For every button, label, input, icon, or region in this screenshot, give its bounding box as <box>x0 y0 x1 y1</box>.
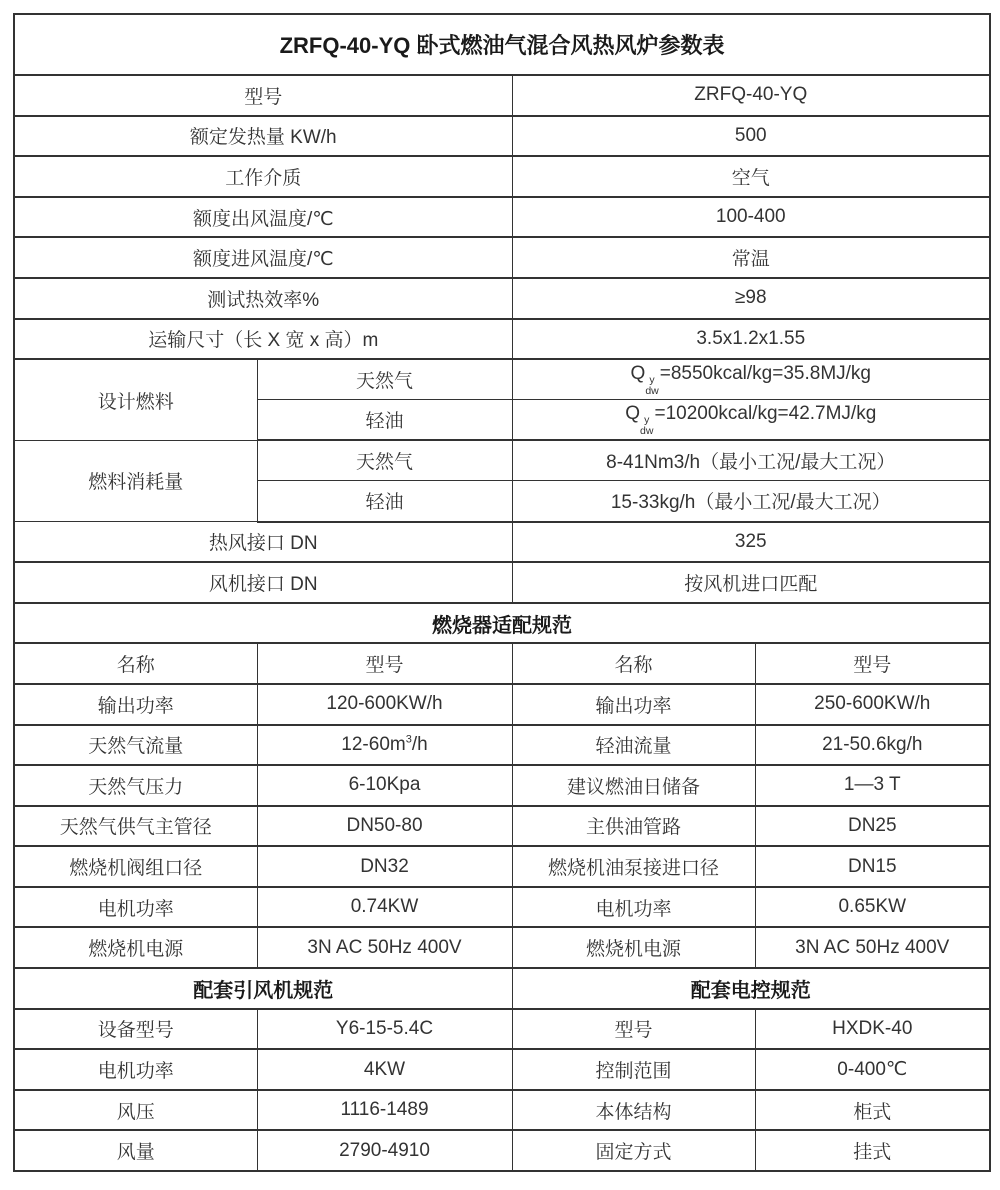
control-section-title: 配套电控规范 <box>512 968 990 1009</box>
burner-row-valve: 燃烧机阀组口径 DN32 燃烧机油泵接进口径 DN15 <box>14 846 990 887</box>
column-header: 名称 <box>14 643 257 684</box>
burner-row-flow: 天然气流量 12-60m3/h 轻油流量 21-50.6kg/h <box>14 725 990 766</box>
spec-row-efficiency: 测试热效率% ≥98 <box>14 278 990 319</box>
spec-value: ≥98 <box>512 278 990 319</box>
burner-column-header-row: 名称 型号 名称 型号 <box>14 643 990 684</box>
consumption-row-gas: 燃料消耗量 天然气 8-41Nm3/h（最小工况/最大工况） <box>14 440 990 481</box>
spec-value: 100-400 <box>512 197 990 238</box>
q-symbol: Q <box>631 363 646 384</box>
table-title: ZRFQ-40-YQ 卧式燃油气混合风热风炉参数表 <box>14 14 990 75</box>
burner-value: 12-60m3/h <box>257 725 512 766</box>
burner-value: DN15 <box>755 846 990 887</box>
burner-value: DN25 <box>755 806 990 847</box>
burner-section-header-row: 燃烧器适配规范 <box>14 603 990 644</box>
burner-value: 0.74KW <box>257 887 512 928</box>
burner-value: DN32 <box>257 846 512 887</box>
burner-name: 轻油流量 <box>512 725 755 766</box>
accessory-value: 1116-1489 <box>257 1090 512 1131</box>
spec-label: 型号 <box>14 75 512 116</box>
spec-value: ZRFQ-40-YQ <box>512 75 990 116</box>
accessory-value: 2790-4910 <box>257 1130 512 1171</box>
burner-value: 3N AC 50Hz 400V <box>755 927 990 968</box>
burner-value: 3N AC 50Hz 400V <box>257 927 512 968</box>
accessory-row-pressure: 风压 1116-1489 本体结构 柜式 <box>14 1090 990 1131</box>
spec-label: 工作介质 <box>14 156 512 197</box>
spec-row-model: 型号 ZRFQ-40-YQ <box>14 75 990 116</box>
spec-row-transport-size: 运输尺寸（长 X 宽 x 高）m 3.5x1.2x1.55 <box>14 319 990 360</box>
flow-base: 12-60m <box>341 734 405 755</box>
spec-label: 额度出风温度/℃ <box>14 197 512 238</box>
q-sub: dw <box>640 426 653 437</box>
accessory-section-header-row: 配套引风机规范 配套电控规范 <box>14 968 990 1009</box>
q-sub: dw <box>645 386 658 397</box>
consumption-value: 8-41Nm3/h（最小工况/最大工况） <box>512 440 990 481</box>
burner-name: 电机功率 <box>512 887 755 928</box>
heat-value: Qydw=10200kcal/kg=42.7MJ/kg <box>512 400 990 441</box>
burner-name: 输出功率 <box>14 684 257 725</box>
design-fuel-row-gas: 设计燃料 天然气 Qydw=8550kcal/kg=35.8MJ/kg <box>14 359 990 400</box>
burner-row-pressure: 天然气压力 6-10Kpa 建议燃油日储备 1—3 T <box>14 765 990 806</box>
spec-label: 额定发热量 KW/h <box>14 116 512 157</box>
burner-name: 建议燃油日储备 <box>512 765 755 806</box>
design-fuel-label: 设计燃料 <box>14 359 257 440</box>
burner-value: DN50-80 <box>257 806 512 847</box>
spec-label: 热风接口 DN <box>14 522 512 563</box>
burner-value: 1—3 T <box>755 765 990 806</box>
consumption-label: 燃料消耗量 <box>14 440 257 521</box>
burner-value: 120-600KW/h <box>257 684 512 725</box>
furnace-spec-table: ZRFQ-40-YQ 卧式燃油气混合风热风炉参数表 型号 ZRFQ-40-YQ … <box>13 13 991 1172</box>
spec-value: 500 <box>512 116 990 157</box>
burner-value: 21-50.6kg/h <box>755 725 990 766</box>
accessory-row-volume: 风量 2790-4910 固定方式 挂式 <box>14 1130 990 1171</box>
accessory-name: 设备型号 <box>14 1009 257 1050</box>
spec-label: 额度进风温度/℃ <box>14 237 512 278</box>
consumption-value: 15-33kg/h（最小工况/最大工况） <box>512 481 990 522</box>
spec-row-rated-heat: 额定发热量 KW/h 500 <box>14 116 990 157</box>
burner-name: 主供油管路 <box>512 806 755 847</box>
accessory-name: 控制范围 <box>512 1049 755 1090</box>
accessory-value: 柜式 <box>755 1090 990 1131</box>
q-supsub: ydw <box>640 415 653 437</box>
accessory-value: 挂式 <box>755 1130 990 1171</box>
burner-name: 燃烧机电源 <box>512 927 755 968</box>
burner-name: 天然气流量 <box>14 725 257 766</box>
burner-name: 电机功率 <box>14 887 257 928</box>
spec-value: 空气 <box>512 156 990 197</box>
spec-label: 运输尺寸（长 X 宽 x 高）m <box>14 319 512 360</box>
accessory-value: Y6-15-5.4C <box>257 1009 512 1050</box>
spec-value: 常温 <box>512 237 990 278</box>
burner-value: 250-600KW/h <box>755 684 990 725</box>
accessory-name: 风量 <box>14 1130 257 1171</box>
accessory-name: 电机功率 <box>14 1049 257 1090</box>
spec-row-hot-air-port: 热风接口 DN 325 <box>14 522 990 563</box>
heat-value: Qydw=8550kcal/kg=35.8MJ/kg <box>512 359 990 400</box>
column-header: 型号 <box>755 643 990 684</box>
accessory-value: HXDK-40 <box>755 1009 990 1050</box>
spec-row-outlet-temp: 额度出风温度/℃ 100-400 <box>14 197 990 238</box>
accessory-value: 0-400℃ <box>755 1049 990 1090</box>
fuel-type: 轻油 <box>257 481 512 522</box>
burner-row-output: 输出功率 120-600KW/h 输出功率 250-600KW/h <box>14 684 990 725</box>
fan-section-title: 配套引风机规范 <box>14 968 512 1009</box>
spec-row-medium: 工作介质 空气 <box>14 156 990 197</box>
accessory-value: 4KW <box>257 1049 512 1090</box>
flow-rest: /h <box>412 734 428 755</box>
spec-label: 测试热效率% <box>14 278 512 319</box>
accessory-name: 型号 <box>512 1009 755 1050</box>
q-symbol: Q <box>625 403 640 424</box>
q-supsub: ydw <box>645 375 658 397</box>
spec-row-inlet-temp: 额度进风温度/℃ 常温 <box>14 237 990 278</box>
burner-name: 输出功率 <box>512 684 755 725</box>
spec-value: 325 <box>512 522 990 563</box>
burner-name: 燃烧机油泵接进口径 <box>512 846 755 887</box>
spec-label: 风机接口 DN <box>14 562 512 603</box>
burner-row-main-pipe: 天然气供气主管径 DN50-80 主供油管路 DN25 <box>14 806 990 847</box>
burner-name: 天然气供气主管径 <box>14 806 257 847</box>
burner-row-motor: 电机功率 0.74KW 电机功率 0.65KW <box>14 887 990 928</box>
burner-name: 燃烧机阀组口径 <box>14 846 257 887</box>
burner-value: 6-10Kpa <box>257 765 512 806</box>
column-header: 型号 <box>257 643 512 684</box>
spec-row-fan-port: 风机接口 DN 按风机进口匹配 <box>14 562 990 603</box>
fuel-type: 天然气 <box>257 440 512 481</box>
burner-name: 天然气压力 <box>14 765 257 806</box>
fuel-type: 轻油 <box>257 400 512 441</box>
spec-sheet-page: ZRFQ-40-YQ 卧式燃油气混合风热风炉参数表 型号 ZRFQ-40-YQ … <box>0 0 1000 1190</box>
q-value: =8550kcal/kg=35.8MJ/kg <box>660 363 871 384</box>
title-row: ZRFQ-40-YQ 卧式燃油气混合风热风炉参数表 <box>14 14 990 75</box>
accessory-row-motor: 电机功率 4KW 控制范围 0-400℃ <box>14 1049 990 1090</box>
column-header: 名称 <box>512 643 755 684</box>
q-value: =10200kcal/kg=42.7MJ/kg <box>654 403 876 424</box>
burner-row-power-supply: 燃烧机电源 3N AC 50Hz 400V 燃烧机电源 3N AC 50Hz 4… <box>14 927 990 968</box>
accessory-row-model: 设备型号 Y6-15-5.4C 型号 HXDK-40 <box>14 1009 990 1050</box>
accessory-name: 固定方式 <box>512 1130 755 1171</box>
spec-value: 按风机进口匹配 <box>512 562 990 603</box>
fuel-type: 天然气 <box>257 359 512 400</box>
accessory-name: 风压 <box>14 1090 257 1131</box>
accessory-name: 本体结构 <box>512 1090 755 1131</box>
burner-value: 0.65KW <box>755 887 990 928</box>
burner-section-title: 燃烧器适配规范 <box>14 603 990 644</box>
burner-name: 燃烧机电源 <box>14 927 257 968</box>
spec-value: 3.5x1.2x1.55 <box>512 319 990 360</box>
